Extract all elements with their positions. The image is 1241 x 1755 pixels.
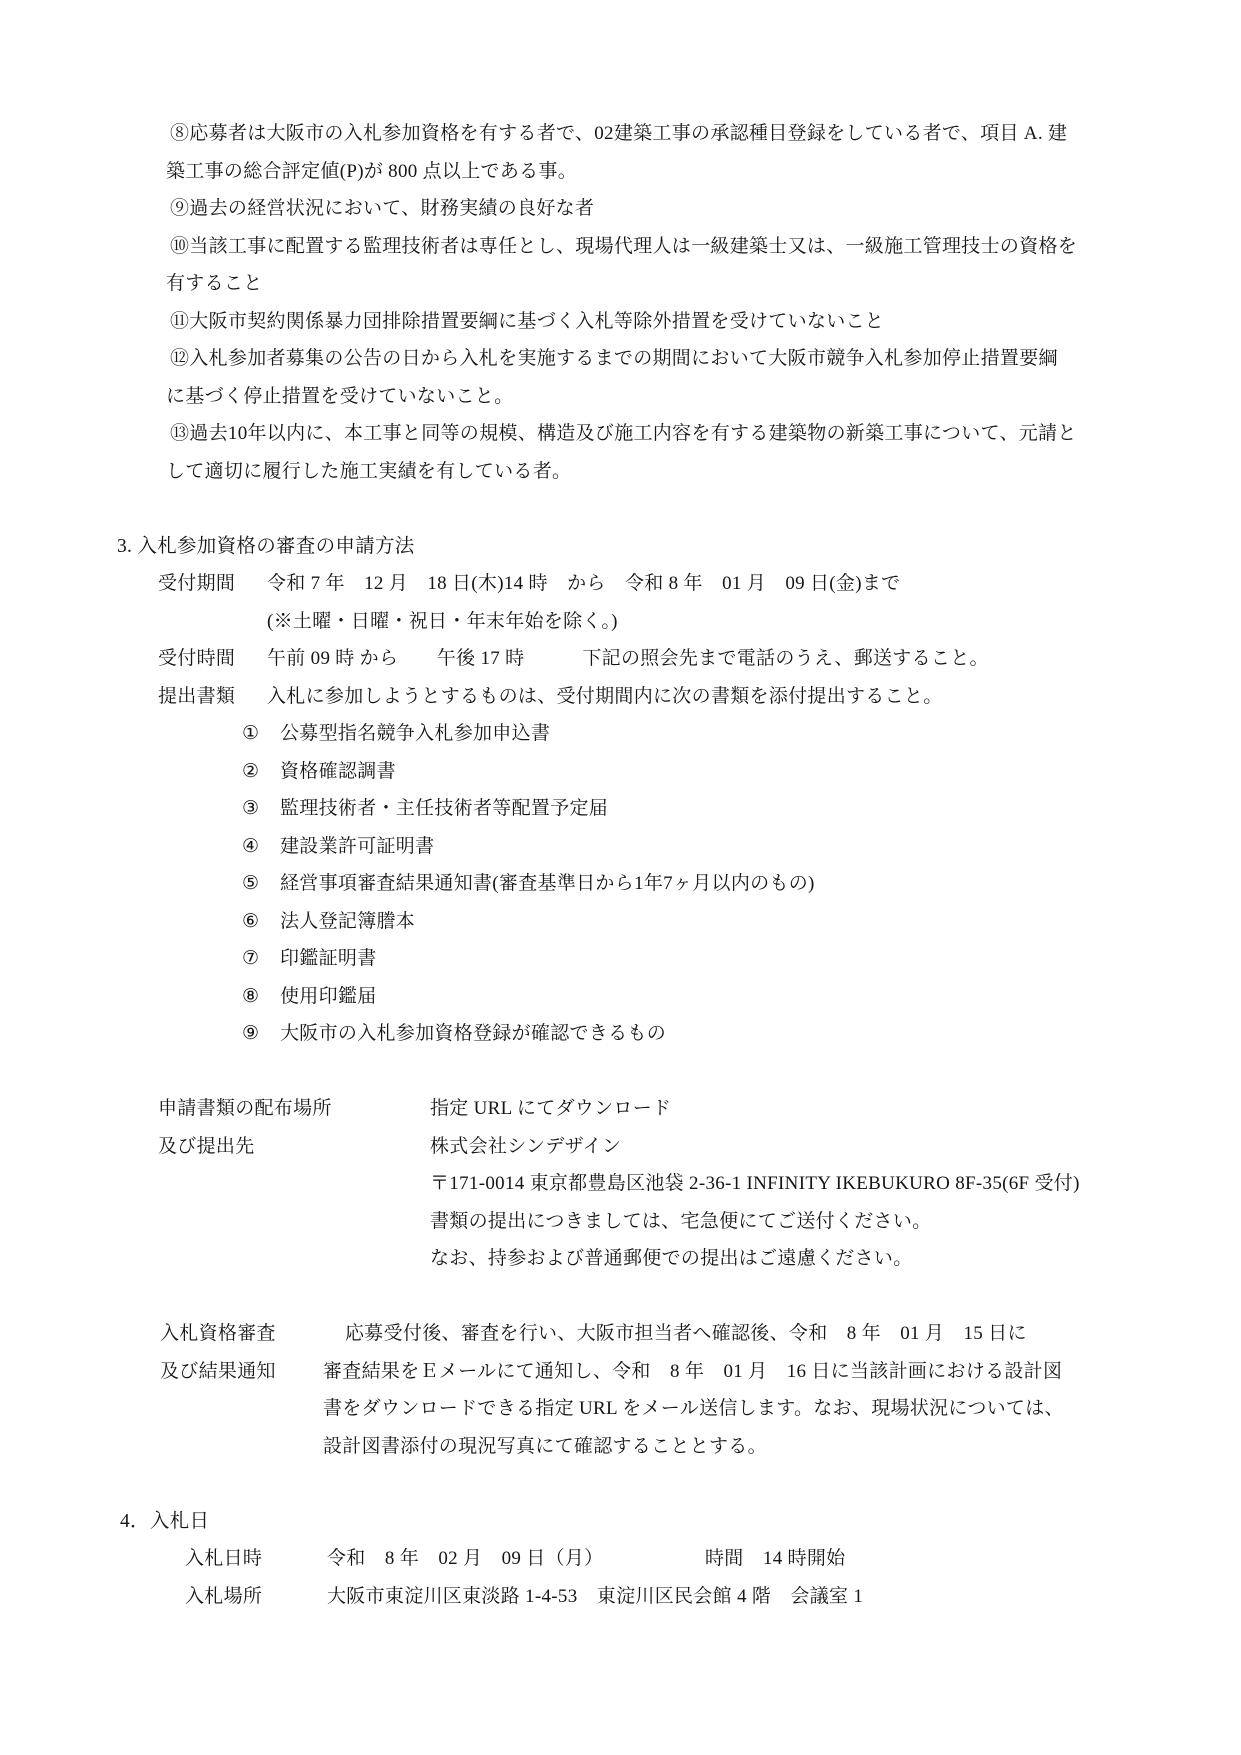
condition-item-11: ⑪大阪市契約関係暴力団排除措置要綱に基づく入札等除外措置を受けていないこと	[170, 311, 884, 333]
doc-list-item-5-number: ⑤	[242, 873, 259, 895]
tender-document-page: ⑧応募者は大阪市の入札参加資格を有する者で、02建築工事の承認種目登録をしている…	[0, 0, 1241, 1755]
section-4-heading: 4．入札日	[120, 1511, 209, 1533]
doc-list-item-6-number: ⑥	[242, 911, 259, 933]
doc-list-item-7-text: 印鑑証明書	[280, 948, 377, 970]
bid-place-value: 大阪市東淀川区東淡路 1-4-53 東淀川区民会館 4 階 会議室 1	[327, 1586, 863, 1608]
doc-list-item-6-text: 法人登記簿謄本	[280, 911, 415, 933]
submission-address-label: 及び提出先	[158, 1136, 255, 1158]
condition-item-8-line-1: ⑧応募者は大阪市の入札参加資格を有する者で、02建築工事の承認種目登録をしている…	[170, 123, 1067, 145]
reception-hours-label: 受付時間	[158, 648, 235, 670]
submission-docs-value: 入札に参加しようとするものは、受付期間内に次の書類を添付提出すること。	[267, 686, 943, 708]
doc-list-item-8-number: ⑧	[242, 986, 259, 1008]
submission-postal-address: 〒171-0014 東京都豊島区池袋 2-36-1 INFINITY IKEBU…	[430, 1173, 1080, 1195]
qualification-review-line-4: 設計図書添付の現況写真にて確認することとする。	[323, 1436, 767, 1458]
submission-no-handdelivery-note: なお、持参および普通郵便での提出はご遠慮ください。	[430, 1248, 913, 1270]
qualification-review-line-3: 書をダウンロードできる指定 URL をメール送信します。なお、現場状況については…	[323, 1398, 1064, 1420]
doc-list-item-9-text: 大阪市の入札参加資格登録が確認できるもの	[280, 1023, 666, 1045]
condition-item-10-line-1: ⑩当該工事に配置する監理技術者は専任とし、現場代理人は一級建築士又は、一級施工管…	[170, 236, 1077, 258]
reception-period-note: (※土曜・日曜・祝日・年末年始を除く。)	[267, 611, 618, 633]
doc-list-item-3-text: 監理技術者・主任技術者等配置予定届	[280, 798, 608, 820]
condition-item-8-line-2: 築工事の総合評定値(P)が 800 点以上である事。	[166, 161, 577, 183]
bid-place-label: 入札場所	[185, 1586, 262, 1608]
doc-list-item-1-number: ①	[242, 723, 259, 745]
doc-list-item-1-text: 公募型指名競争入札参加申込書	[280, 723, 550, 745]
qualification-review-label: 入札資格審査	[160, 1323, 276, 1345]
reception-period-label: 受付期間	[158, 573, 235, 595]
doc-list-item-9-number: ⑨	[242, 1023, 259, 1045]
doc-list-item-7-number: ⑦	[242, 948, 259, 970]
distribution-place-label: 申請書類の配布場所	[158, 1098, 332, 1120]
reception-hours-value: 午前 09 時 から 午後 17 時 下記の照会先まで電話のうえ、郵送すること。	[267, 648, 989, 670]
condition-item-13-line-1: ⑬過去10年以内に、本工事と同等の規模、構造及び施工内容を有する建築物の新築工事…	[170, 423, 1077, 445]
doc-list-item-3-number: ③	[242, 798, 259, 820]
condition-item-12-line-1: ⑫入札参加者募集の公告の日から入札を実施するまでの期間において大阪市競争入札参加…	[170, 348, 1058, 370]
bid-datetime-label: 入札日時	[185, 1548, 262, 1570]
doc-list-item-2-text: 資格確認調書	[280, 761, 396, 783]
doc-list-item-2-number: ②	[242, 761, 259, 783]
doc-list-item-4-number: ④	[242, 836, 259, 858]
reception-period-value: 令和 7 年 12 月 18 日(木)14 時 から 令和 8 年 01 月 0…	[267, 573, 900, 595]
condition-item-9: ⑨過去の経営状況において、財務実績の良好な者	[170, 198, 594, 220]
bid-datetime-date: 令和 8 年 02 月 09 日（月）	[327, 1548, 603, 1570]
bid-datetime-time: 時間 14 時開始	[705, 1548, 845, 1570]
condition-item-10-line-2: 有すること	[166, 273, 263, 295]
submission-docs-label: 提出書類	[158, 686, 235, 708]
doc-list-item-5-text: 経営事項審査結果通知書(審査基準日から1年7ヶ月以内のもの)	[280, 873, 815, 895]
condition-item-13-line-2: して適切に履行した施工実績を有している者。	[166, 461, 571, 483]
doc-list-item-8-text: 使用印鑑届	[280, 986, 377, 1008]
condition-item-12-line-2: に基づく停止措置を受けていないこと。	[166, 386, 513, 408]
submission-company-name: 株式会社シンデザイン	[430, 1136, 621, 1158]
submission-courier-note: 書類の提出につきましては、宅急便にてご送付ください。	[430, 1211, 931, 1233]
qualification-review-line-1: 応募受付後、審査を行い、大阪市担当者へ確認後、令和 8 年 01 月 15 日に	[345, 1323, 1027, 1345]
doc-list-item-4-text: 建設業許可証明書	[280, 836, 434, 858]
distribution-place-value: 指定 URL にてダウンロード	[430, 1098, 671, 1120]
qualification-review-line-2: 審査結果をＥメールにて通知し、令和 8 年 01 月 16 日に当該計画における…	[323, 1361, 1062, 1383]
section-3-heading: 3. 入札参加資格の審査の申請方法	[117, 536, 415, 558]
result-notification-label: 及び結果通知	[160, 1361, 276, 1383]
